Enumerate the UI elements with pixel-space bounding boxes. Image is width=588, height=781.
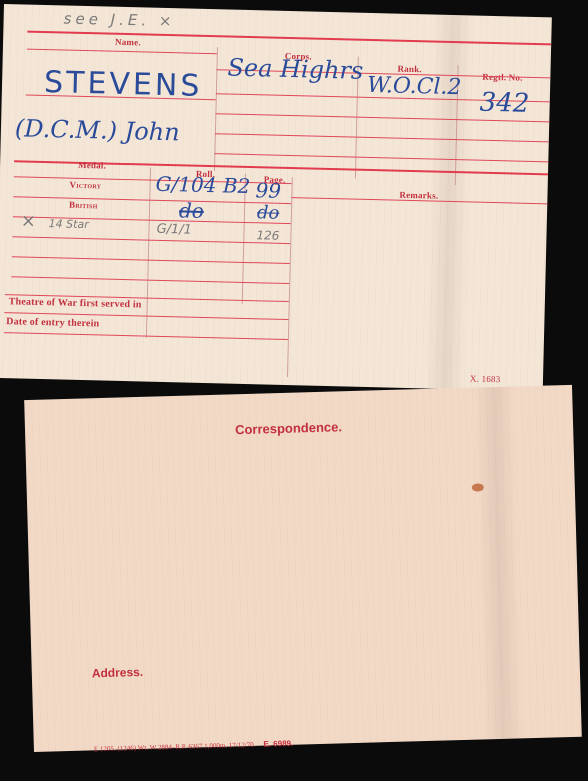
entry-date-label: Date of entry therein	[6, 316, 99, 329]
rule	[27, 49, 217, 55]
roll-victory: G/104 B2	[155, 172, 250, 198]
medal-label-victory: Victory	[69, 180, 101, 191]
medal-index-card-back: Correspondence. Address. E 1205. (1246) …	[24, 385, 582, 752]
rule	[11, 276, 289, 284]
theatre-label: Theatre of War first served in	[9, 296, 142, 310]
rank-header: Rank.	[397, 64, 422, 75]
address-label: Address.	[92, 665, 144, 680]
form-number: X. 1683	[470, 373, 501, 384]
medal-label-star: 14 Star	[48, 217, 88, 231]
regt-no-entry: 342	[479, 88, 529, 119]
divider	[146, 168, 151, 338]
rule	[214, 153, 548, 162]
rule	[215, 133, 549, 142]
roll-star: G/1/1	[156, 222, 192, 238]
surname-entry: STEVENS	[44, 65, 203, 104]
medal-index-card-front: see J.E. × Name. Corps. Rank. Regtl. No.…	[0, 4, 552, 391]
medal-label-british: British	[69, 200, 98, 211]
page-victory: 99	[255, 178, 281, 203]
corps-entry: Sea Highrs	[227, 53, 363, 84]
page-british: do	[257, 202, 280, 224]
correspondence-label: Correspondence.	[235, 419, 342, 437]
imprint-text: E 1205. (1246) Wt. W 2884–R.P. 6367 1,00…	[94, 741, 256, 754]
printer-imprint: E 1205. (1246) Wt. W 2884–R.P. 6367 1,00…	[94, 733, 294, 757]
name-header: Name.	[115, 37, 141, 48]
imprint-code: E. 6989.	[263, 739, 293, 749]
rule	[12, 256, 290, 264]
roll-british: do	[179, 198, 204, 223]
divider	[287, 177, 293, 377]
rule	[12, 236, 290, 244]
star-cross-mark: ×	[20, 210, 36, 231]
page-star: 126	[256, 228, 279, 243]
medal-header: Medal.	[78, 160, 106, 171]
top-pencil-note: see J.E. ×	[63, 9, 175, 30]
fold-shadow	[474, 386, 524, 739]
rank-entry: W.O.Cl.2	[367, 73, 462, 100]
forename-entry: (D.C.M.) John	[15, 114, 180, 146]
